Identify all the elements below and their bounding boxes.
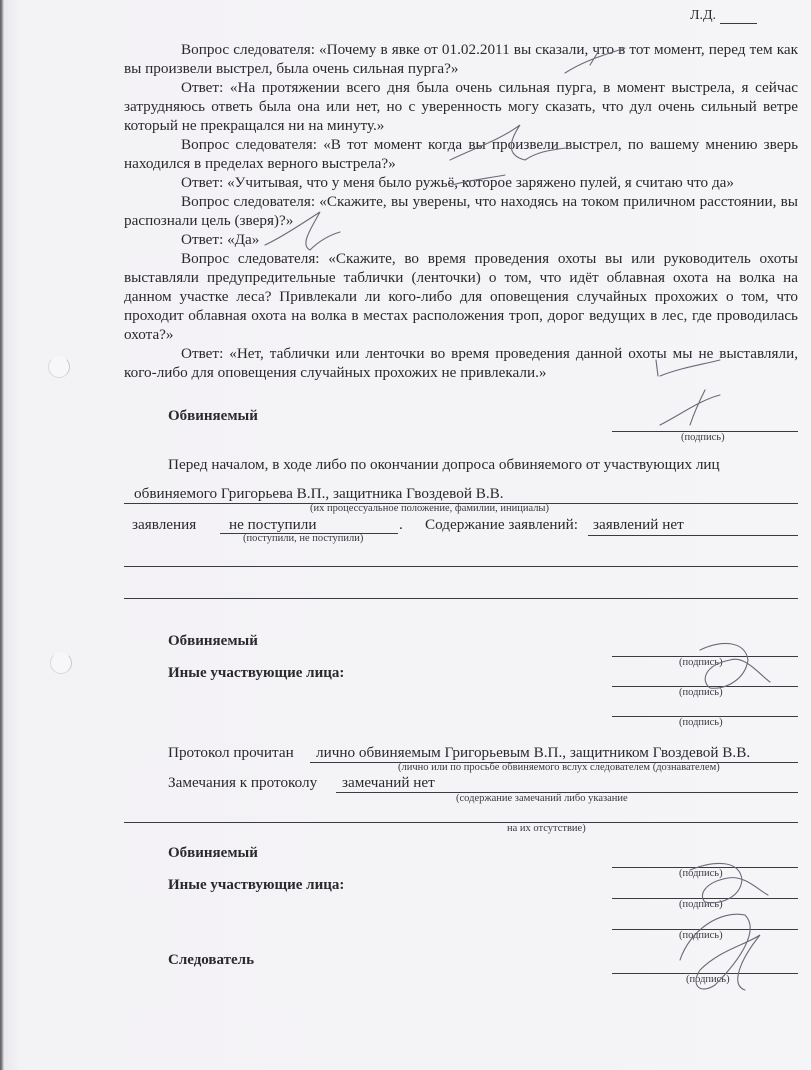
remarks-caption-2: на их отсутствие): [507, 823, 586, 834]
investigator-label: Следователь: [168, 952, 254, 969]
period: .: [399, 515, 403, 534]
case-ref-label: Л.Д.: [690, 6, 716, 25]
case-ref-blank: [720, 23, 757, 24]
signature-caption: (подпись): [681, 432, 725, 443]
statements-caption: (поступили, не поступили): [243, 533, 363, 544]
statements-label: заявления: [132, 515, 196, 534]
parties-caption: (их процессуальное положение, фамилии, и…: [310, 503, 549, 514]
protocol-read-caption: (лично или по просьбе обвиняемого вслух …: [398, 762, 720, 773]
question-3: Вопрос следователя: «Скажите, вы уверены…: [124, 192, 798, 230]
answer-2: Ответ: «Учитывая, что у меня было ружьё,…: [124, 173, 798, 192]
question-2: Вопрос следователя: «В тот момент когда …: [124, 135, 798, 173]
accused-label-3: Обвиняемый: [168, 845, 258, 862]
remarks-label: Замечания к протоколу: [168, 773, 317, 792]
statements-value: не поступили: [229, 515, 317, 534]
parties-value: обвиняемого Григорьева В.П., защитника Г…: [134, 484, 504, 503]
document-page: Л.Д. Вопрос следователя: «Почему в явке …: [0, 0, 811, 1070]
content-label: Содержание заявлений:: [425, 515, 578, 534]
content-line-3[interactable]: [124, 598, 798, 599]
remarks-line-2[interactable]: [124, 822, 798, 823]
remarks-caption-1: (содержание замечаний либо указание: [456, 793, 628, 804]
remarks-value: замечаний нет: [342, 773, 435, 792]
question-1: Вопрос следователя: «Почему в явке от 01…: [124, 40, 798, 78]
protocol-read-value: лично обвиняемым Григорьевым В.П., защит…: [316, 743, 750, 762]
signature-caption: (подпись): [679, 868, 723, 879]
content-line[interactable]: [588, 535, 798, 536]
answer-4: Ответ: «Нет, таблички или ленточки во вр…: [124, 344, 798, 382]
signature-caption: (подпись): [679, 899, 723, 910]
signature-caption: (подпись): [679, 930, 723, 941]
signature-caption: (подпись): [679, 687, 723, 698]
signature-caption: (подпись): [679, 657, 723, 668]
answer-3: Ответ: «Да»: [124, 230, 798, 249]
others-label-2: Иные участвующие лица:: [168, 665, 344, 682]
others-label-3: Иные участвующие лица:: [168, 877, 344, 894]
accused-label-1: Обвиняемый: [168, 408, 258, 425]
content-line-2[interactable]: [124, 566, 798, 567]
signature-caption: (подпись): [686, 974, 730, 985]
punch-hole-bottom: [50, 652, 72, 674]
question-4: Вопрос следователя: «Скажите, во время п…: [124, 249, 798, 344]
answer-1: Ответ: «На протяжении всего дня была оче…: [124, 78, 798, 135]
accused-label-2: Обвиняемый: [168, 633, 258, 650]
protocol-read-label: Протокол прочитан: [168, 743, 294, 762]
statements-intro: Перед началом, в ходе либо по окончании …: [168, 455, 720, 474]
punch-hole-top: [48, 356, 70, 378]
signature-caption: (подпись): [679, 717, 723, 728]
content-value: заявлений нет: [593, 515, 684, 534]
